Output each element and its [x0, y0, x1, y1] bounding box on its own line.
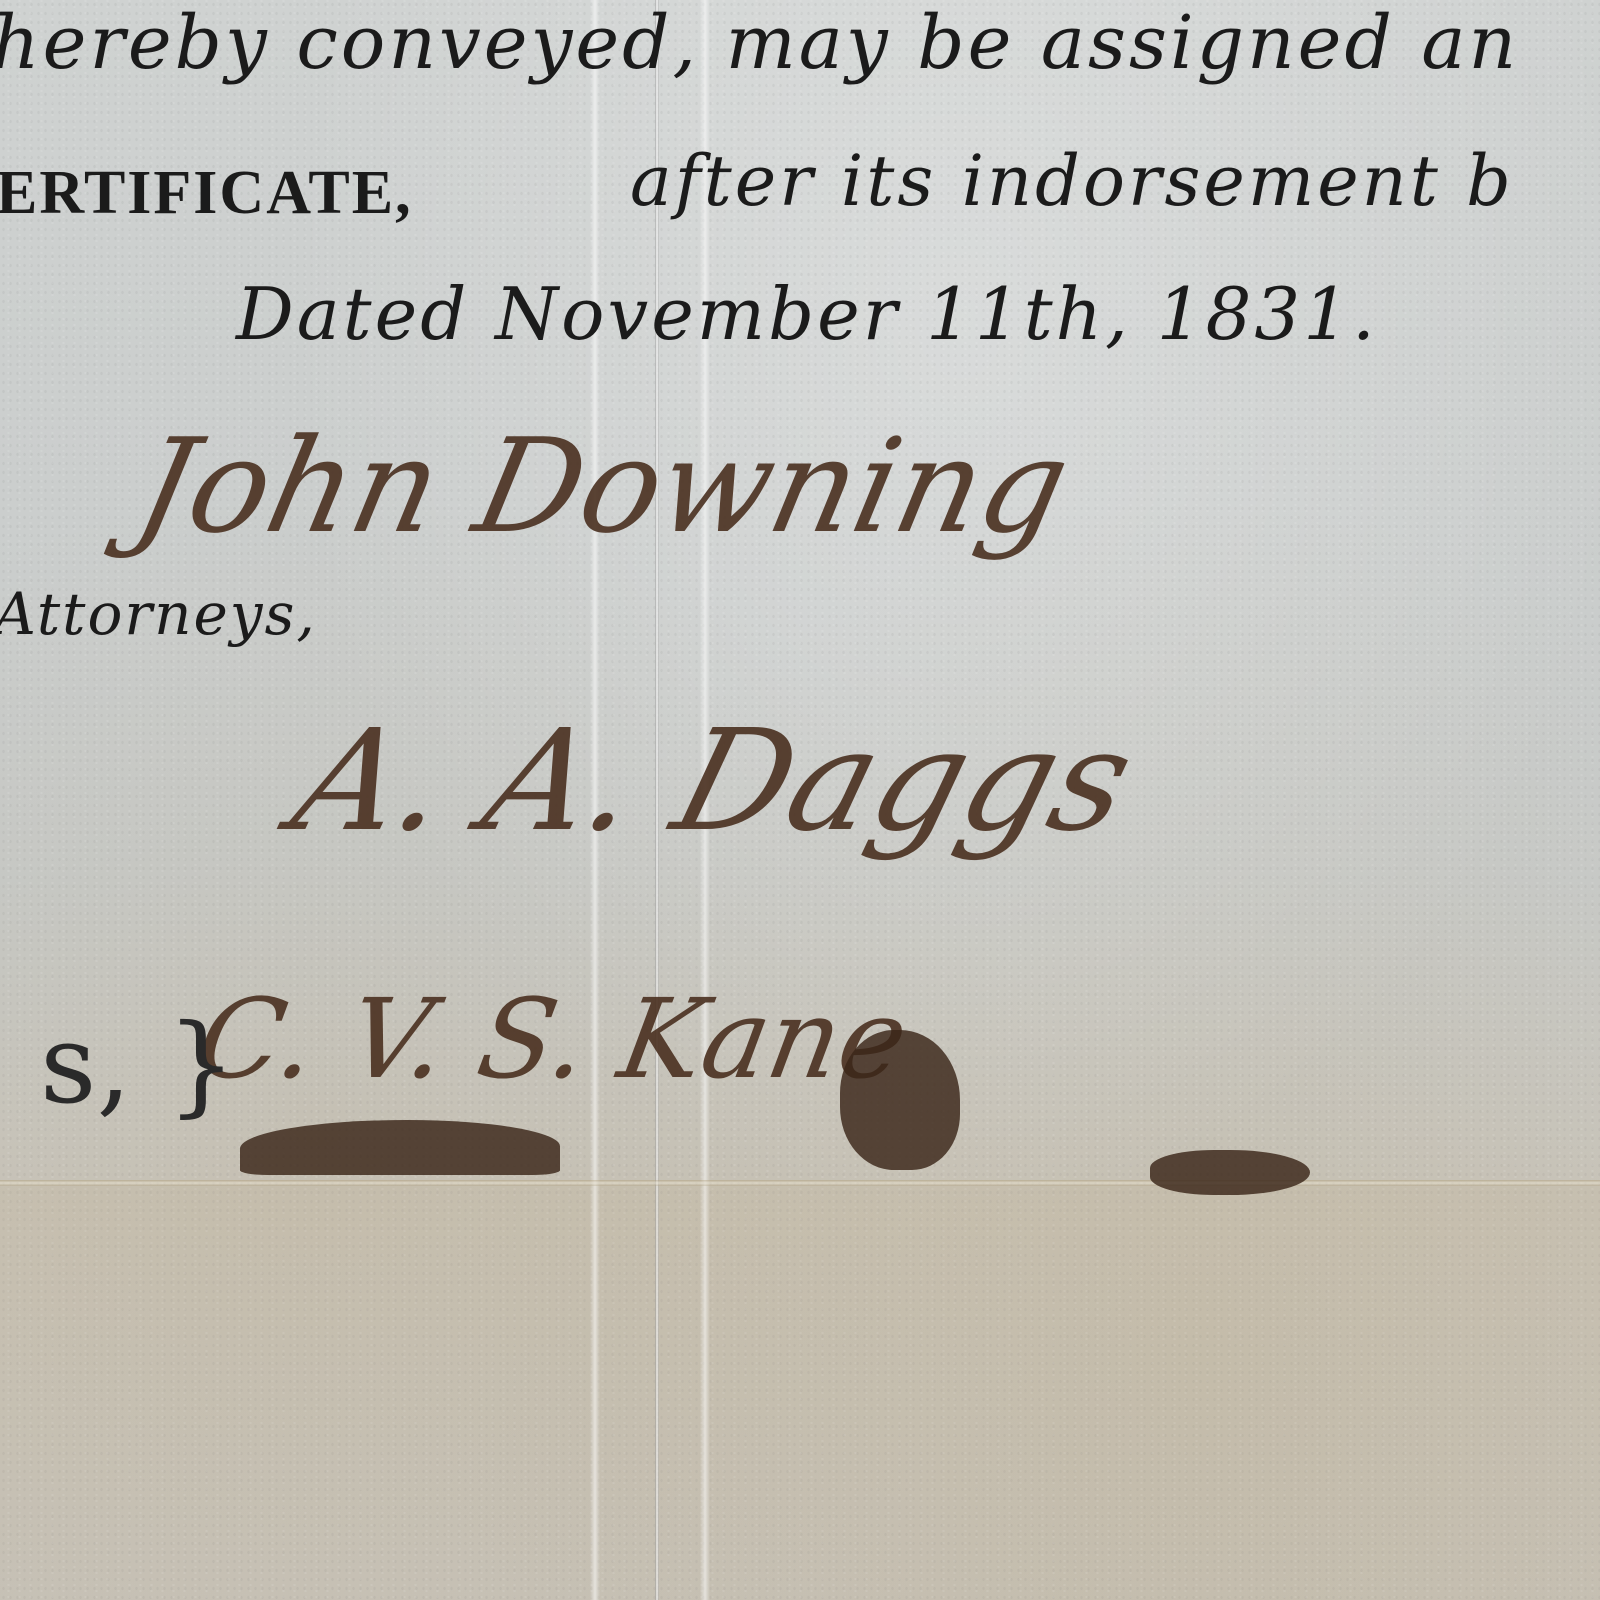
signature-a-a-daggs: A. A. Daggs [278, 700, 1149, 863]
printed-certificate-word: ERTIFICATE, [0, 158, 413, 229]
ink-stain-left [240, 1120, 560, 1175]
signature-c-v-s-kane: C. V. S. Kane [189, 975, 917, 1103]
lower-stain-area [0, 1180, 1600, 1600]
printed-line-2: after its indorsement b [630, 140, 1514, 222]
ink-stain-center [840, 1030, 960, 1170]
signature-john-downing: John Downing [124, 410, 1081, 562]
marginal-brace-fragment: s, } [40, 1000, 236, 1128]
ink-stain-right [1150, 1150, 1310, 1195]
fold-crease-horizontal [0, 1180, 1600, 1186]
printed-attorneys-label: Attorneys, [0, 580, 317, 648]
printed-line-1: hereby conveyed, may be assigned an [0, 0, 1519, 86]
printed-date-line: Dated November 11th, 1831. [236, 272, 1378, 356]
